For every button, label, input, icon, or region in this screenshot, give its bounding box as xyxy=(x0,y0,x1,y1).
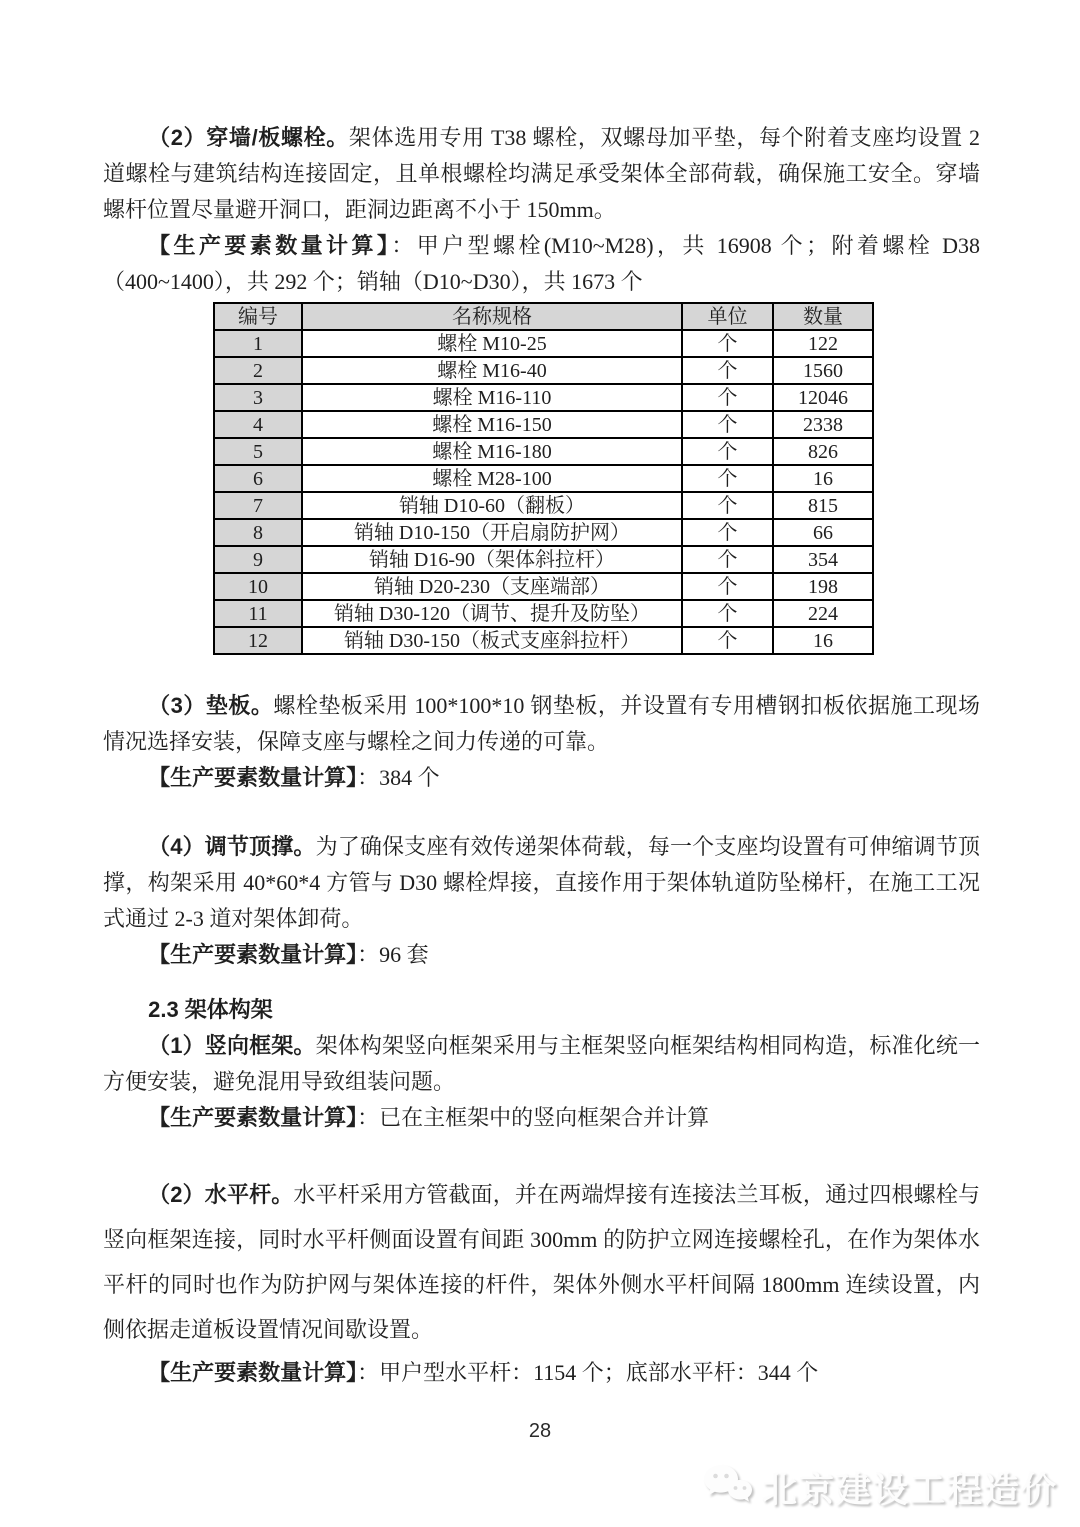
table-cell: 224 xyxy=(773,600,873,627)
table-cell: 个 xyxy=(682,492,773,519)
table-cell: 个 xyxy=(682,465,773,492)
table-cell: 螺栓 M28-100 xyxy=(302,465,682,492)
document-body: （2）穿墙/板螺栓。架体选用专用 T38 螺栓，双螺母加平垫，每个附着支座均设置… xyxy=(103,120,980,1391)
table-row: 1 螺栓 M10-25 个 122 xyxy=(214,330,873,357)
table-cell: 815 xyxy=(773,492,873,519)
calc-label: 【生产要素数量计算】 xyxy=(148,1360,357,1385)
calc-label: 【生产要素数量计算】 xyxy=(148,233,391,258)
table-row: 8 销轴 D10-150（开启扇防护网） 个 66 xyxy=(214,519,873,546)
table-cell: 个 xyxy=(682,573,773,600)
calc-line-prop: 【生产要素数量计算】：96 套 xyxy=(103,937,980,973)
paragraph-lead: （1）竖向框架。 xyxy=(148,1033,315,1058)
table-header-cell: 编号 xyxy=(214,303,302,330)
table-cell: 销轴 D16-90（架体斜拉杆） xyxy=(302,546,682,573)
table-cell: 销轴 D10-60（翻板） xyxy=(302,492,682,519)
paragraph-wall-bolt: （2）穿墙/板螺栓。架体选用专用 T38 螺栓，双螺母加平垫，每个附着支座均设置… xyxy=(103,120,980,228)
calc-label: 【生产要素数量计算】 xyxy=(148,1105,357,1130)
table-row: 3 螺栓 M16-110 个 12046 xyxy=(214,384,873,411)
paragraph-pad-plate: （3）垫板。螺栓垫板采用 100*100*10 钢垫板，并设置有专用槽钢扣板依据… xyxy=(103,688,980,760)
table-cell: 螺栓 M16-40 xyxy=(302,357,682,384)
page-number: 28 xyxy=(0,1420,1080,1443)
watermark-text: 北京建设工程造价 xyxy=(762,1463,1058,1513)
table-cell: 3 xyxy=(214,384,302,411)
paragraph-horizontal-bar: （2）水平杆。水平杆采用方管截面，并在两端焊接有连接法兰耳板，通过四根螺栓与竖向… xyxy=(103,1172,980,1352)
table-cell: 销轴 D30-120（调节、提升及防坠） xyxy=(302,600,682,627)
calc-label: 【生产要素数量计算】 xyxy=(148,765,357,790)
table-cell: 6 xyxy=(214,465,302,492)
calc-line-hbar: 【生产要素数量计算】：甲户型水平杆：1154 个；底部水平杆：344 个 xyxy=(103,1355,980,1391)
wechat-bubbles-icon xyxy=(701,1462,755,1513)
table-cell: 826 xyxy=(773,438,873,465)
calc-label: 【生产要素数量计算】 xyxy=(148,942,357,967)
paragraph-vertical-frame: （1）竖向框架。架体构架竖向框架采用与主框架竖向框架结构相同构造，标准化统一方便… xyxy=(103,1028,980,1100)
table-cell: 4 xyxy=(214,411,302,438)
table-cell: 个 xyxy=(682,627,773,654)
table-cell: 198 xyxy=(773,573,873,600)
table-row: 11 销轴 D30-120（调节、提升及防坠） 个 224 xyxy=(214,600,873,627)
table-cell: 12046 xyxy=(773,384,873,411)
table-row: 10 销轴 D20-230（支座端部） 个 198 xyxy=(214,573,873,600)
table-cell: 2 xyxy=(214,357,302,384)
table-cell: 个 xyxy=(682,411,773,438)
table-cell: 个 xyxy=(682,600,773,627)
table-cell: 个 xyxy=(682,330,773,357)
document-page: （2）穿墙/板螺栓。架体选用专用 T38 螺栓，双螺母加平垫，每个附着支座均设置… xyxy=(0,0,1080,1527)
table-cell: 11 xyxy=(214,600,302,627)
calc-line-pad: 【生产要素数量计算】：384 个 xyxy=(103,760,980,796)
calc-text: ：已在主框架中的竖向框架合并计算 xyxy=(357,1105,709,1130)
table-cell: 销轴 D20-230（支座端部） xyxy=(302,573,682,600)
table-cell: 销轴 D10-150（开启扇防护网） xyxy=(302,519,682,546)
watermark: 北京建设工程造价 xyxy=(701,1462,1058,1513)
table-cell: 16 xyxy=(773,627,873,654)
table-cell: 8 xyxy=(214,519,302,546)
table-cell: 个 xyxy=(682,438,773,465)
table-header-cell: 数量 xyxy=(773,303,873,330)
table-cell: 7 xyxy=(214,492,302,519)
table-cell: 螺栓 M16-110 xyxy=(302,384,682,411)
table-cell: 个 xyxy=(682,384,773,411)
table-cell: 螺栓 M16-150 xyxy=(302,411,682,438)
paragraph-lead: （4）调节顶撑。 xyxy=(148,834,315,859)
table-cell: 16 xyxy=(773,465,873,492)
table-header-cell: 名称规格 xyxy=(302,303,682,330)
table-cell: 销轴 D30-150（板式支座斜拉杆） xyxy=(302,627,682,654)
table-cell: 9 xyxy=(214,546,302,573)
table-cell: 个 xyxy=(682,519,773,546)
paragraph-lead: （2）水平杆。 xyxy=(148,1182,293,1207)
table-row: 2 螺栓 M16-40 个 1560 xyxy=(214,357,873,384)
paragraph-lead: （2）穿墙/板螺栓。 xyxy=(148,125,349,150)
table-cell: 354 xyxy=(773,546,873,573)
table-row: 6 螺栓 M28-100 个 16 xyxy=(214,465,873,492)
paragraph-adjust-prop: （4）调节顶撑。为了确保支座有效传递架体荷载，每一个支座均设置有可伸缩调节顶撑，… xyxy=(103,829,980,937)
section-title-2-3: 2.3 架体构架 xyxy=(103,992,980,1028)
table-cell: 螺栓 M16-180 xyxy=(302,438,682,465)
calc-line-bolt: 【生产要素数量计算】：甲户型螺栓(M10~M28)，共 16908 个；附着螺栓… xyxy=(103,228,980,300)
calc-text: ：96 套 xyxy=(357,942,429,967)
table-header-cell: 单位 xyxy=(682,303,773,330)
quantity-table: 编号 名称规格 单位 数量 1 螺栓 M10-25 个 122 2 螺栓 M16… xyxy=(213,302,874,655)
table-row: 7 销轴 D10-60（翻板） 个 815 xyxy=(214,492,873,519)
table-row: 9 销轴 D16-90（架体斜拉杆） 个 354 xyxy=(214,546,873,573)
table-cell: 12 xyxy=(214,627,302,654)
calc-line-vframe: 【生产要素数量计算】：已在主框架中的竖向框架合并计算 xyxy=(103,1100,980,1136)
table-cell: 2338 xyxy=(773,411,873,438)
table-cell: 1560 xyxy=(773,357,873,384)
table-cell: 1 xyxy=(214,330,302,357)
table-row: 12 销轴 D30-150（板式支座斜拉杆） 个 16 xyxy=(214,627,873,654)
table-row: 4 螺栓 M16-150 个 2338 xyxy=(214,411,873,438)
table-header-row: 编号 名称规格 单位 数量 xyxy=(214,303,873,330)
table-cell: 122 xyxy=(773,330,873,357)
table-cell: 个 xyxy=(682,357,773,384)
table-cell: 66 xyxy=(773,519,873,546)
calc-text: ：384 个 xyxy=(357,765,440,790)
table-row: 5 螺栓 M16-180 个 826 xyxy=(214,438,873,465)
calc-text: ：甲户型水平杆：1154 个；底部水平杆：344 个 xyxy=(357,1360,818,1385)
table-cell: 螺栓 M10-25 xyxy=(302,330,682,357)
table-cell: 5 xyxy=(214,438,302,465)
table-cell: 个 xyxy=(682,546,773,573)
paragraph-lead: （3）垫板。 xyxy=(148,693,273,718)
table-cell: 10 xyxy=(214,573,302,600)
